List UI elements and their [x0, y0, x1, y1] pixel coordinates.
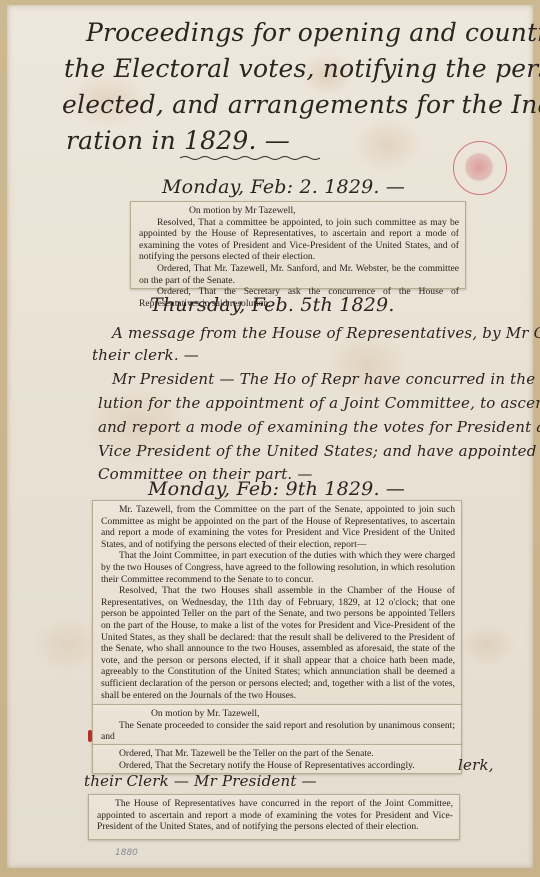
handwritten-line: Mr President — The Ho of Repr have concu…	[112, 370, 540, 388]
clipping-paragraph: Resolved, That the two Houses shall asse…	[101, 585, 455, 701]
entry-date-feb-9: Monday, Feb: 9th 1829. —	[148, 478, 405, 500]
clipping-paragraph: Ordered, That Mr. Tazewell, Mr. Sanford,…	[139, 263, 459, 286]
clipping-paragraph: Resolved, That a committee be appointed,…	[139, 217, 459, 263]
clipping-paragraph: That the Joint Committee, in part execut…	[101, 550, 455, 585]
entry-date-feb-2: Monday, Feb: 2. 1829. —	[162, 176, 405, 198]
handwritten-line: lution for the appointment of a Joint Co…	[98, 394, 540, 412]
handwritten-line: their Clerk — Mr President —	[84, 772, 317, 790]
title-line-1: Proceedings for opening and counting	[86, 18, 540, 47]
clipping-paragraph: The House of Representatives have concur…	[97, 798, 453, 833]
eagle-emblem-icon	[464, 152, 494, 182]
title-line-4: ration in 1829. —	[66, 126, 290, 155]
clipping-paragraph: On motion by Mr. Tazewell,	[101, 708, 455, 720]
clipping-paragraph: On motion by Mr Tazewell,	[139, 205, 459, 217]
clipping-paragraph: The Senate proceeded to consider the sai…	[101, 720, 455, 743]
seal-stamp-icon	[453, 141, 507, 195]
pencil-annotation: 1880	[115, 848, 138, 858]
clipping-paragraph: Ordered, That the Secretary notify the H…	[101, 760, 455, 772]
handwritten-line: their clerk. —	[92, 346, 199, 364]
handwritten-line: Vice President of the United States; and…	[98, 442, 540, 460]
flourish-divider	[180, 154, 320, 162]
handwritten-line: A message from the House of Representati…	[112, 324, 540, 342]
handwritten-fragment: lerk,	[458, 756, 494, 774]
handwritten-line: and report a mode of examining the votes…	[98, 418, 540, 436]
clipping-paragraph: Ordered, That Mr. Tazewell be the Teller…	[101, 748, 455, 760]
title-line-2: the Electoral votes, notifying the perso…	[64, 54, 540, 83]
newspaper-clipping-orders: Ordered, That Mr. Tazewell be the Teller…	[92, 744, 462, 774]
entry-date-feb-5: Thursday, Feb. 5th 1829.	[150, 294, 395, 316]
newspaper-clipping-motion: On motion by Mr. Tazewell, The Senate pr…	[92, 704, 462, 746]
clipping-paragraph: Mr. Tazewell, from the Committee on the …	[101, 504, 455, 550]
title-line-3: elected, and arrangements for the Inaugu…	[62, 90, 540, 119]
newspaper-clipping-committee-report: Mr. Tazewell, from the Committee on the …	[92, 500, 462, 705]
newspaper-clipping-feb-2: On motion by Mr Tazewell, Resolved, That…	[130, 201, 466, 289]
red-wax-mark	[88, 730, 92, 742]
newspaper-clipping-house-concurrence: The House of Representatives have concur…	[88, 794, 460, 840]
